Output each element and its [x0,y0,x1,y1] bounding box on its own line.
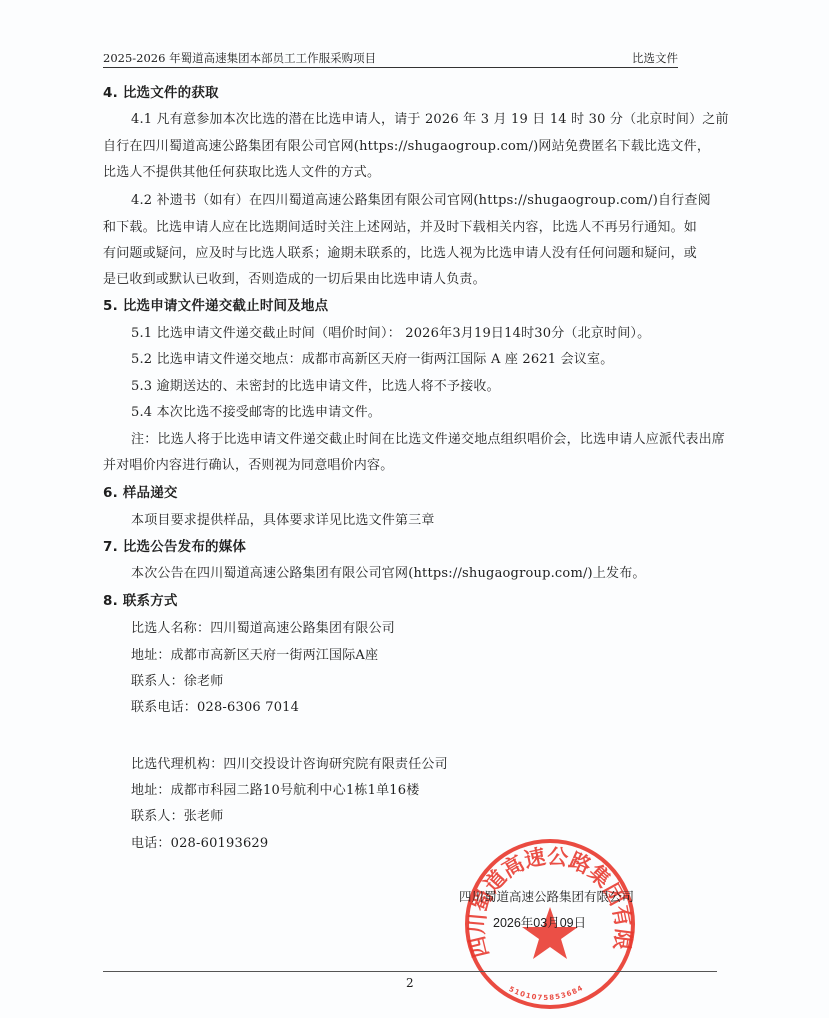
section-6-heading: 6. 样品递交 [103,484,178,502]
owner-contact: 联系人：徐老师 [131,673,223,691]
section-7-heading: 7. 比选公告发布的媒体 [103,538,246,556]
svg-text:5101075853684: 5101075853684 [507,984,584,1002]
doc-type-label: 比选文件 [632,51,678,66]
agent-contact: 联系人：张老师 [131,808,223,826]
paragraph-4-2-line: 4.2 补遗书（如有）在四川蜀道高速公路集团有限公司官网(https://shu… [131,192,711,210]
page-number: 2 [406,976,414,990]
agent-address: 地址：成都市科园二路10号航利中心1栋1单16楼 [131,782,419,800]
section-7-body: 本次公告在四川蜀道高速公路集团有限公司官网(https://shugaogrou… [131,565,646,583]
section-4-heading: 4. 比选文件的获取 [103,84,219,102]
note-line: 注：比选人将于比选申请文件递交截止时间在比选文件递交地点组织唱价会，比选申请人应… [131,431,725,449]
signature-date: 2026年03月09日 [493,915,586,931]
paragraph-4-1-line: 比选人不提供其他任何获取比选人文件的方式。 [103,164,380,182]
page-header: 2025-2026 年蜀道高速集团本部员工工作服采购项目 比选文件 [103,51,678,68]
paragraph-4-2-line: 是已收到或默认已收到，否则造成的一切后果由比选申请人负责。 [103,271,486,289]
paragraph-4-2-line: 和下载。比选申请人应在比选期间适时关注上述网站，并及时下载相关内容，比选人不再另… [103,219,697,237]
section-5-heading: 5. 比选申请文件递交截止时间及地点 [103,297,328,315]
item-5-2: 5.2 比选申请文件递交地点：成都市高新区天府一街两江国际 A 座 2621 会… [131,351,613,369]
signature-company: 四川蜀道高速公路集团有限公司 [459,889,634,905]
agent-phone: 电话：028-60193629 [131,835,268,853]
note-line: 并对唱价内容进行确认，否则视为同意唱价内容。 [103,457,393,475]
section-8-heading: 8. 联系方式 [103,592,178,610]
paragraph-4-1-line: 4.1 凡有意参加本次比选的潜在比选申请人，请于 2026 年 3 月 19 日… [131,111,729,129]
seal-code: 5101075853684 [507,984,584,1002]
document-page: 2025-2026 年蜀道高速集团本部员工工作服采购项目 比选文件 4. 比选文… [0,0,829,1018]
section-6-body: 本项目要求提供样品，具体要求详见比选文件第三章 [131,512,435,530]
item-5-3: 5.3 逾期送达的、未密封的比选申请文件，比选人将不予接收。 [131,378,500,396]
project-title: 2025-2026 年蜀道高速集团本部员工工作服采购项目 [103,51,376,66]
owner-name: 比选人名称：四川蜀道高速公路集团有限公司 [131,620,395,638]
agent-name: 比选代理机构：四川交投设计咨询研究院有限责任公司 [131,756,448,774]
owner-address: 地址：成都市高新区天府一街两江国际A座 [131,647,378,665]
item-5-4: 5.4 本次比选不接受邮寄的比选申请文件。 [131,404,381,422]
owner-phone: 联系电话：028-6306 7014 [131,699,299,717]
item-5-1: 5.1 比选申请文件递交截止时间（唱价时间）： 2026年3月19日14时30分… [131,325,650,343]
footer-divider [103,971,717,972]
paragraph-4-1-line: 自行在四川蜀道高速公路集团有限公司官网(https://shugaogroup.… [103,138,710,156]
paragraph-4-2-line: 有问题或疑问，应及时与比选人联系；逾期未联系的，比选人视为比选申请人没有任何问题… [103,245,697,263]
